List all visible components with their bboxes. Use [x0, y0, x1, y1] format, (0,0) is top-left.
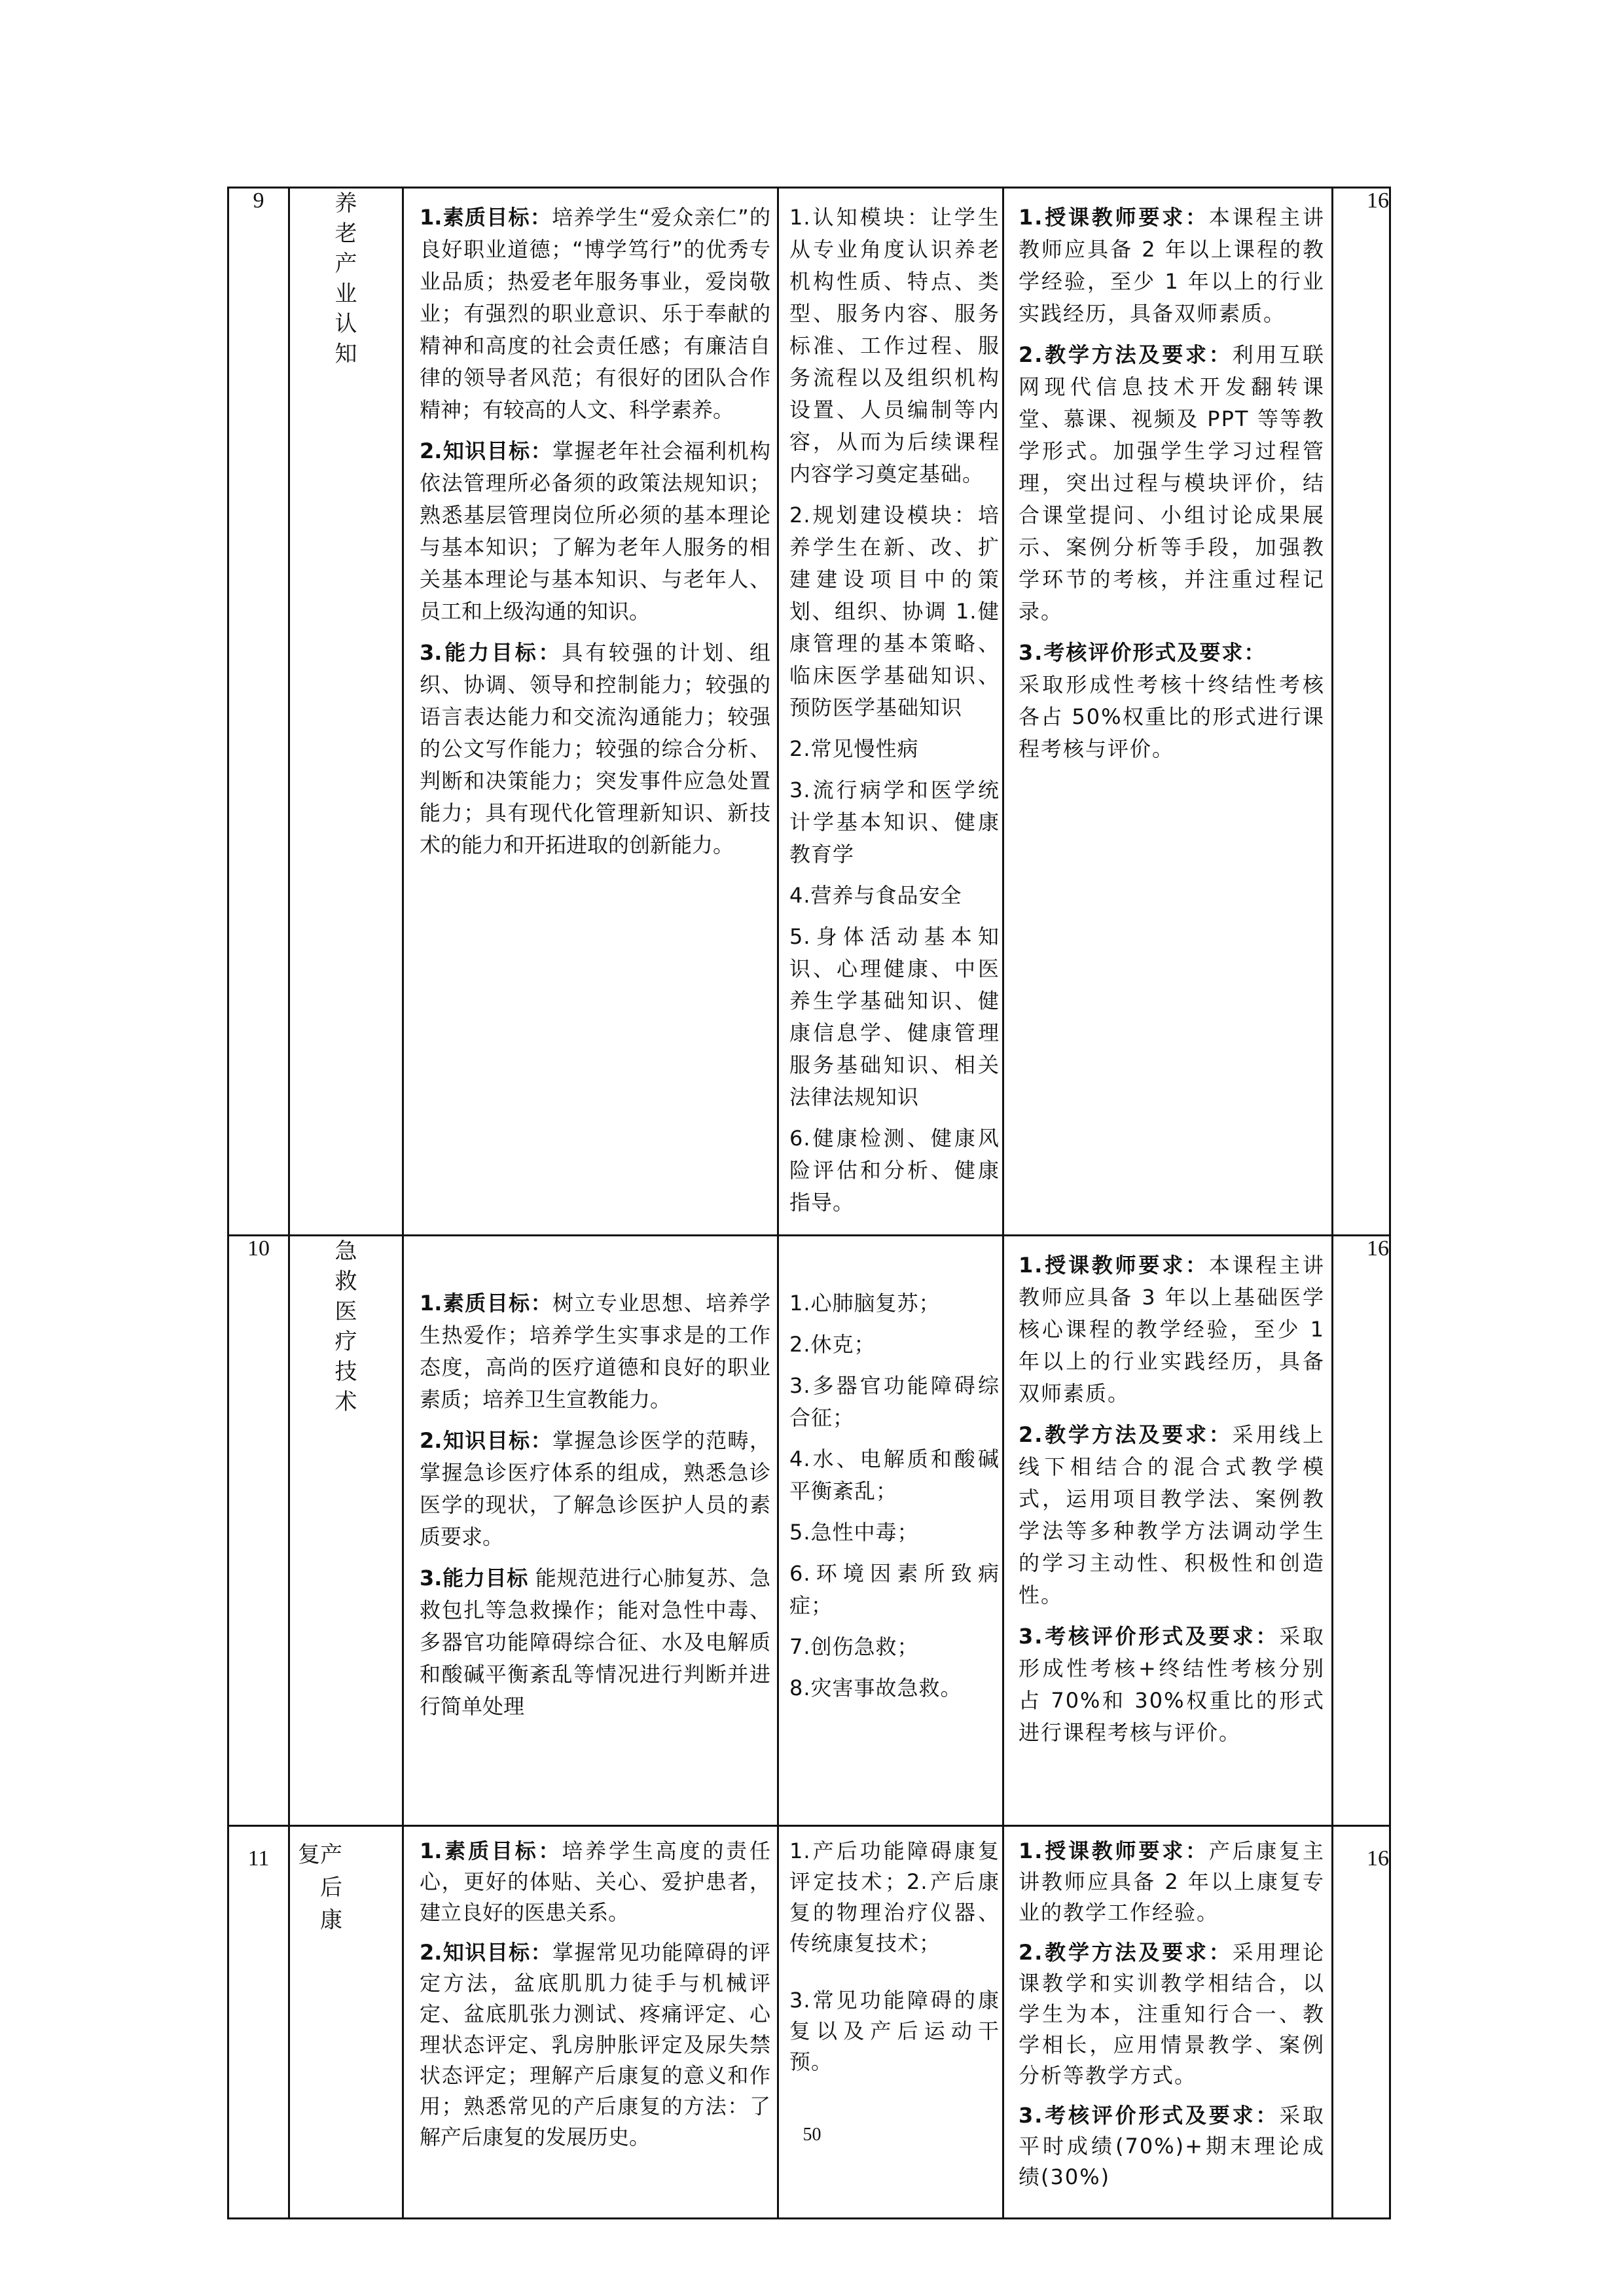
requirement-item: 3.考核评价形式及要求：采取形成性考核十终结性考核各占 50%权重比的形式进行课…	[1019, 637, 1325, 765]
content-item: 6.健康检测、健康风险评估和分析、健康指导。	[789, 1122, 1000, 1219]
table-row: 9 养老产业认知 1.素质目标：培养学生“爱众亲仁”的良好职业道德；“博学笃行”…	[228, 188, 1390, 1236]
course-goals-cell: 1.素质目标：培养学生高度的责任心，更好的体贴、关心、爱护患者，建立良好的医患关…	[403, 1826, 778, 2219]
course-goals-cell: 1.素质目标：树立专业思想、培养学生热爱作；培养学生实事求是的工作态度，高尚的医…	[403, 1236, 778, 1826]
content-item: 1.产后功能障碍康复评定技术；2.产后康复的物理治疗仪器、传统康复技术；	[789, 1836, 1000, 1959]
content-item: 5.急性中毒；	[789, 1516, 1000, 1549]
course-number: 10	[228, 1236, 289, 1826]
course-hours: 16	[1333, 188, 1390, 1236]
course-table: 9 养老产业认知 1.素质目标：培养学生“爱众亲仁”的良好职业道德；“博学笃行”…	[227, 187, 1391, 2219]
course-name: 急救医疗技术	[333, 1236, 359, 1417]
course-name: 养老产业认知	[333, 188, 359, 369]
teaching-requirements-cell: 1.授课教师要求：本课程主讲教师应具备 3 年以上基础医学核心课程的教学经验，至…	[1003, 1236, 1333, 1826]
page-number: 50	[0, 2125, 1624, 2145]
goal-item: 2.知识目标：掌握常见功能障碍的评定方法，盆底肌肌力徒手与机械评定、盆底肌张力测…	[420, 1937, 770, 2153]
content-item: 2.常见慢性病	[789, 733, 1000, 765]
course-name-cell: 急救医疗技术	[289, 1236, 403, 1826]
content-item: 4.营养与食品安全	[789, 880, 1000, 912]
goal-item: 3.能力目标 能规范进行心肺复苏、急救包扎等急救操作；能对急性中毒、多器官功能障…	[420, 1562, 770, 1723]
requirement-item: 3.考核评价形式及要求：采取形成性考核+终结性考核分别占 70%和 30%权重比…	[1019, 1621, 1325, 1749]
course-name-cell: 复产 后 康	[289, 1826, 403, 2219]
goal-item: 1.素质目标：培养学生“爱众亲仁”的良好职业道德；“博学笃行”的优秀专业品质；热…	[420, 202, 770, 426]
content-item: 5.身体活动基本知识、心理健康、中医养生学基础知识、健康信息学、健康管理服务基础…	[789, 921, 1000, 1113]
requirement-item: 2.教学方法及要求：利用互联网现代信息技术开发翻转课堂、慕课、视频及 PPT 等…	[1019, 339, 1325, 628]
requirement-item: 1.授课教师要求：本课程主讲教师应具备 3 年以上基础医学核心课程的教学经验，至…	[1019, 1249, 1325, 1410]
goal-item: 1.素质目标：树立专业思想、培养学生热爱作；培养学生实事求是的工作态度，高尚的医…	[420, 1287, 770, 1416]
teaching-requirements-cell: 1.授课教师要求：产后康复主讲教师应具备 2 年以上康复专业的教学工作经验。 2…	[1003, 1826, 1333, 2219]
content-item: 3.常见功能障碍的康复以及产后运动干预。	[789, 1985, 1000, 2077]
requirement-item: 2.教学方法及要求：采用理论课教学和实训教学相结合，以学生为本，注重知行合一、教…	[1019, 1937, 1325, 2091]
course-content-cell: 1.认知模块：让学生从专业角度认识养老机构性质、特点、类型、服务内容、服务标准、…	[778, 188, 1003, 1236]
content-item: 3.流行病学和医学统计学基本知识、健康教育学	[789, 774, 1000, 870]
teaching-requirements-cell: 1.授课教师要求：本课程主讲教师应具备 2 年以上课程的教学经验，至少 1 年以…	[1003, 188, 1333, 1236]
content-item: 2.规划建设模块：培养学生在新、改、扩建建设项目中的策划、组织、协调 1.健康管…	[789, 499, 1000, 724]
requirement-item: 2.教学方法及要求：采用线上线下相结合的混合式教学模式，运用项目教学法、案例教学…	[1019, 1419, 1325, 1611]
goal-item: 2.知识目标：掌握急诊医学的范畴，掌握急诊医疗体系的组成，熟悉急诊医学的现状，了…	[420, 1425, 770, 1553]
content-item: 1.心肺脑复苏；	[789, 1287, 1000, 1319]
requirement-item: 1.授课教师要求：本课程主讲教师应具备 2 年以上课程的教学经验，至少 1 年以…	[1019, 202, 1325, 330]
course-number: 11	[228, 1826, 289, 2219]
course-goals-cell: 1.素质目标：培养学生“爱众亲仁”的良好职业道德；“博学笃行”的优秀专业品质；热…	[403, 188, 778, 1236]
course-hours: 16	[1333, 1236, 1390, 1826]
course-hours: 16	[1333, 1826, 1390, 2219]
course-name-cell: 养老产业认知	[289, 188, 403, 1236]
table-row: 11 复产 后 康 1.素质目标：培养学生高度的责任心，更好的体贴、关心、爱护患…	[228, 1826, 1390, 2219]
content-item: 4.水、电解质和酸碱平衡紊乱；	[789, 1443, 1000, 1507]
goal-item: 3.能力目标：具有较强的计划、组织、协调、领导和控制能力；较强的语言表达能力和交…	[420, 637, 770, 861]
requirement-item: 1.授课教师要求：产后康复主讲教师应具备 2 年以上康复专业的教学工作经验。	[1019, 1836, 1325, 1928]
table-row: 10 急救医疗技术 1.素质目标：树立专业思想、培养学生热爱作；培养学生实事求是…	[228, 1236, 1390, 1826]
goal-item: 2.知识目标：掌握老年社会福利机构依法管理所必备须的政策法规知识；熟悉基层管理岗…	[420, 435, 770, 628]
goal-item: 1.素质目标：培养学生高度的责任心，更好的体贴、关心、爱护患者，建立良好的医患关…	[420, 1836, 770, 1928]
content-item: 8.灾害事故急救。	[789, 1672, 1000, 1704]
course-content-cell: 1.产后功能障碍康复评定技术；2.产后康复的物理治疗仪器、传统康复技术； 3.常…	[778, 1826, 1003, 2219]
course-content-cell: 1.心肺脑复苏； 2.休克； 3.多器官功能障碍综合征； 4.水、电解质和酸碱平…	[778, 1236, 1003, 1826]
requirement-item: 3.考核评价形式及要求：采取平时成绩(70%)+期末理论成绩(30%)	[1019, 2100, 1325, 2193]
content-item: 3.多器官功能障碍综合征；	[789, 1370, 1000, 1434]
content-item: 7.创伤急救；	[789, 1631, 1000, 1663]
content-item: 6.环境因素所致病症；	[789, 1558, 1000, 1622]
course-name: 复产 后 康	[290, 1827, 402, 1937]
content-item: 1.认知模块：让学生从专业角度认识养老机构性质、特点、类型、服务内容、服务标准、…	[789, 202, 1000, 490]
content-item: 2.休克；	[789, 1329, 1000, 1361]
document-page: 9 养老产业认知 1.素质目标：培养学生“爱众亲仁”的良好职业道德；“博学笃行”…	[0, 0, 1624, 2296]
course-number: 9	[228, 188, 289, 1236]
